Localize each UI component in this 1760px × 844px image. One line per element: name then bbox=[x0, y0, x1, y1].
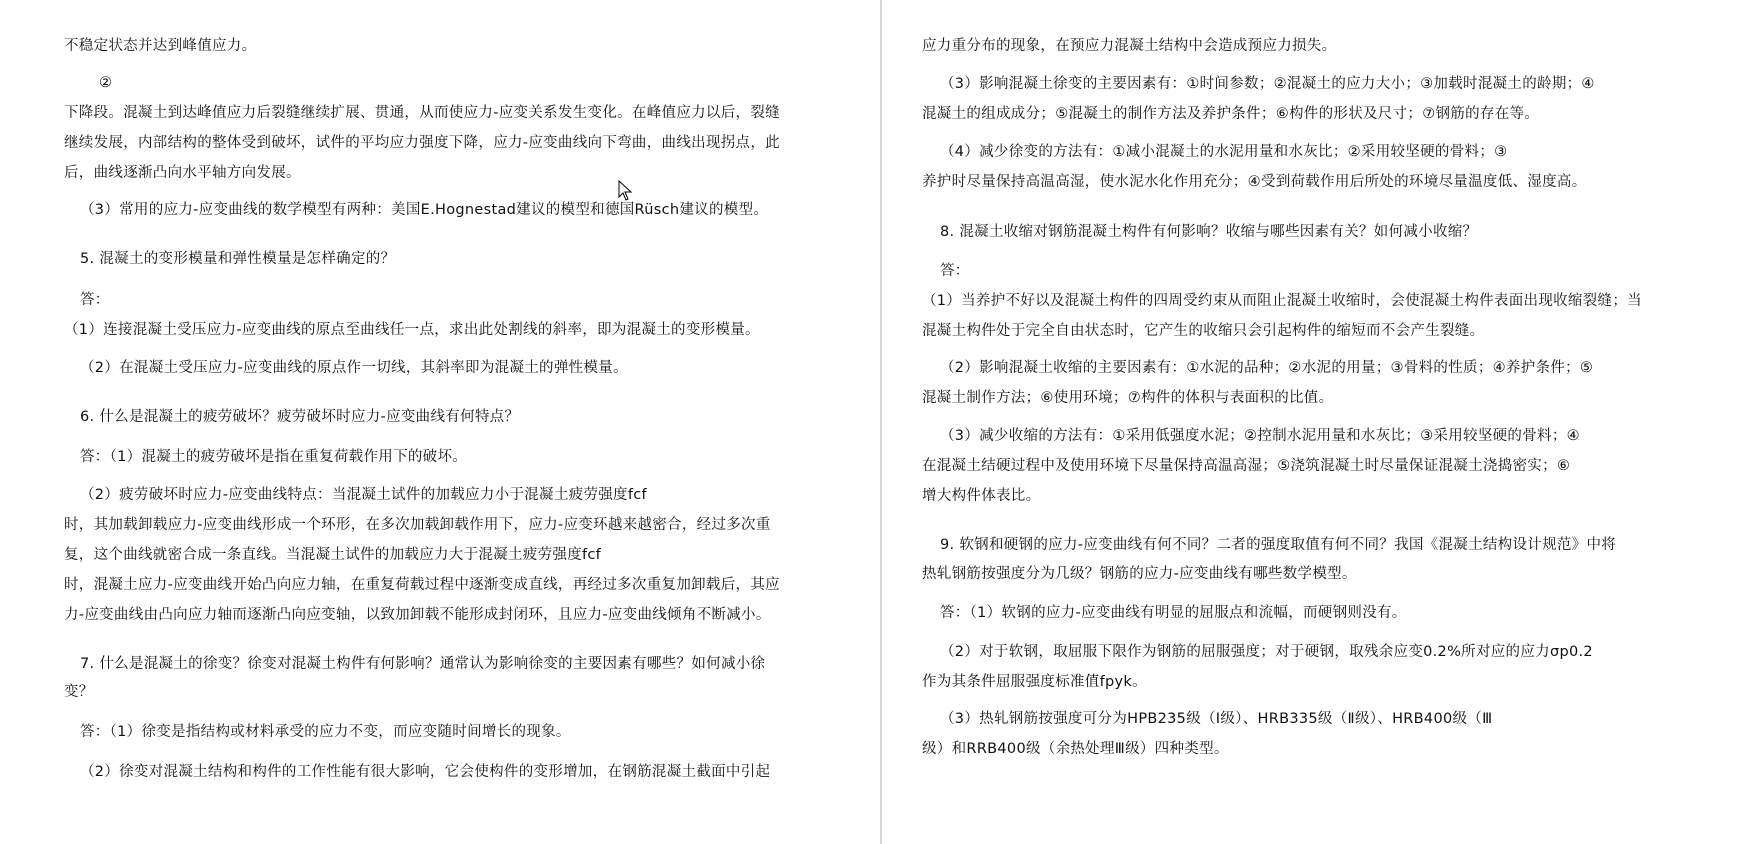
text-line: 变？ bbox=[64, 683, 94, 701]
text-line: （3）影响混凝土徐变的主要因素有：①时间参数；②混凝土的应力大小；③加载时混凝土… bbox=[940, 75, 1595, 93]
text-line: 时，其加载卸载应力-应变曲线形成一个环形，在多次加载卸载作用下，应力-应变环越来… bbox=[64, 516, 771, 534]
text-line: 热轧钢筋按强度分为几级？钢筋的应力-应变曲线有哪些数学模型。 bbox=[922, 565, 1357, 583]
text-line: （1）当养护不好以及混凝土构件的四周受约束从而阻止混凝土收缩时，会使混凝土构件表… bbox=[922, 292, 1642, 310]
text-line: （3）热轧钢筋按强度可分为HPB235级（Ⅰ级）、HRB335级（Ⅱ级）、HRB… bbox=[940, 710, 1492, 728]
text-line: 养护时尽量保持高温高湿，使水泥水化作用充分；④受到荷载作用后所处的环境尽量温度低… bbox=[922, 173, 1587, 191]
text-line: （2）疲劳破坏时应力-应变曲线特点：当混凝土试件的加载应力小于混凝土疲劳强度fc… bbox=[80, 486, 647, 504]
text-line: 作为其条件屈服强度标准值fpyk。 bbox=[922, 673, 1147, 691]
text-line: （2）徐变对混凝土结构和构件的工作性能有很大影响，它会使构件的变形增加，在钢筋混… bbox=[80, 763, 770, 781]
question-heading: 8. 混凝土收缩对钢筋混凝土构件有何影响？收缩与哪些因素有关？如何减小收缩？ bbox=[940, 223, 1477, 241]
question-heading: 5. 混凝土的变形模量和弹性模量是怎样确定的？ bbox=[80, 250, 395, 268]
text-line: 在混凝土结硬过程中及使用环境下尽量保持高温高湿；⑤浇筑混凝土时尽量保证混凝土浇捣… bbox=[922, 457, 1570, 475]
question-heading: 7. 什么是混凝土的徐变？徐变对混凝土构件有何影响？通常认为影响徐变的主要因素有… bbox=[80, 655, 765, 673]
text-line: 继续发展，内部结构的整体受到破坏，试件的平均应力强度下降，应力-应变曲线向下弯曲… bbox=[64, 134, 780, 152]
text-line: 答：（1）软钢的应力-应变曲线有明显的屈服点和流幅，而硬钢则没有。 bbox=[940, 604, 1407, 622]
text-line: （2）对于软钢，取屈服下限作为钢筋的屈服强度；对于硬钢，取残余应变0.2%所对应… bbox=[940, 643, 1593, 661]
text-line: 复，这个曲线就密合成一条直线。当混凝土试件的加载应力大于混凝土疲劳强度fcf bbox=[64, 546, 601, 564]
text-line: （3）常用的应力-应变曲线的数学模型有两种：美国E.Hognestad建议的模型… bbox=[80, 201, 768, 219]
text-line: 后，曲线逐渐凸向水平轴方向发展。 bbox=[64, 164, 301, 182]
text-line: （3）减少收缩的方法有：①采用低强度水泥；②控制水泥用量和水灰比；③采用较坚硬的… bbox=[940, 427, 1580, 445]
text-line: （2）在混凝土受压应力-应变曲线的原点作一切线，其斜率即为混凝土的弹性模量。 bbox=[80, 359, 628, 377]
text-line: 答：（1）混凝土的疲劳破坏是指在重复荷载作用下的破坏。 bbox=[80, 448, 467, 466]
text-line: 力-应变曲线由凸向应力轴而逐渐凸向应变轴，以致加卸载不能形成封闭环，且应力-应变… bbox=[64, 606, 771, 624]
text-line: 增大构件体表比。 bbox=[922, 487, 1040, 505]
text-line: （1）连接混凝土受压应力-应变曲线的原点至曲线任一点，求出此处割线的斜率，即为混… bbox=[64, 321, 760, 339]
text-line: 混凝土构件处于完全自由状态时，它产生的收缩只会引起构件的缩短而不会产生裂缝。 bbox=[922, 322, 1484, 340]
text-line: （2）影响混凝土收缩的主要因素有：①水泥的品种；②水泥的用量；③骨料的性质；④养… bbox=[940, 359, 1593, 377]
text-line: （4）减少徐变的方法有：①减小混凝土的水泥用量和水灰比；②采用较坚硬的骨料；③ bbox=[940, 143, 1507, 161]
text-line: 时，混凝土应力-应变曲线开始凸向应力轴，在重复荷载过程中逐渐变成直线，再经过多次… bbox=[64, 576, 780, 594]
document-page-right: 应力重分布的现象，在预应力混凝土结构中会造成预应力损失。 （3）影响混凝土徐变的… bbox=[882, 0, 1760, 844]
text-line: 不稳定状态并达到峰值应力。 bbox=[64, 37, 256, 55]
text-line: 答： bbox=[940, 262, 970, 280]
text-line: 混凝土的组成成分；⑤混凝土的制作方法及养护条件；⑥构件的形状及尺寸；⑦钢筋的存在… bbox=[922, 105, 1539, 123]
mouse-pointer-icon bbox=[618, 180, 634, 202]
text-line: 应力重分布的现象，在预应力混凝土结构中会造成预应力损失。 bbox=[922, 37, 1336, 55]
text-line: 混凝土制作方法；⑥使用环境；⑦构件的体积与表面积的比值。 bbox=[922, 389, 1333, 407]
text-line: 下降段。混凝土到达峰值应力后裂缝继续扩展、贯通，从而使应力-应变关系发生变化。在… bbox=[64, 104, 780, 122]
text-line: ② bbox=[99, 74, 112, 92]
question-heading: 6. 什么是混凝土的疲劳破坏？疲劳破坏时应力-应变曲线有何特点？ bbox=[80, 408, 519, 426]
text-line: 级）和RRB400级（余热处理Ⅲ级）四种类型。 bbox=[922, 740, 1229, 758]
document-page-left: 不稳定状态并达到峰值应力。 ② 下降段。混凝土到达峰值应力后裂缝继续扩展、贯通，… bbox=[0, 0, 880, 844]
question-heading: 9. 软钢和硬钢的应力-应变曲线有何不同？二者的强度取值有何不同？我国《混凝土结… bbox=[940, 536, 1616, 554]
text-line: 答： bbox=[80, 291, 110, 309]
text-line: 答：（1）徐变是指结构或材料承受的应力不变，而应变随时间增长的现象。 bbox=[80, 723, 571, 741]
